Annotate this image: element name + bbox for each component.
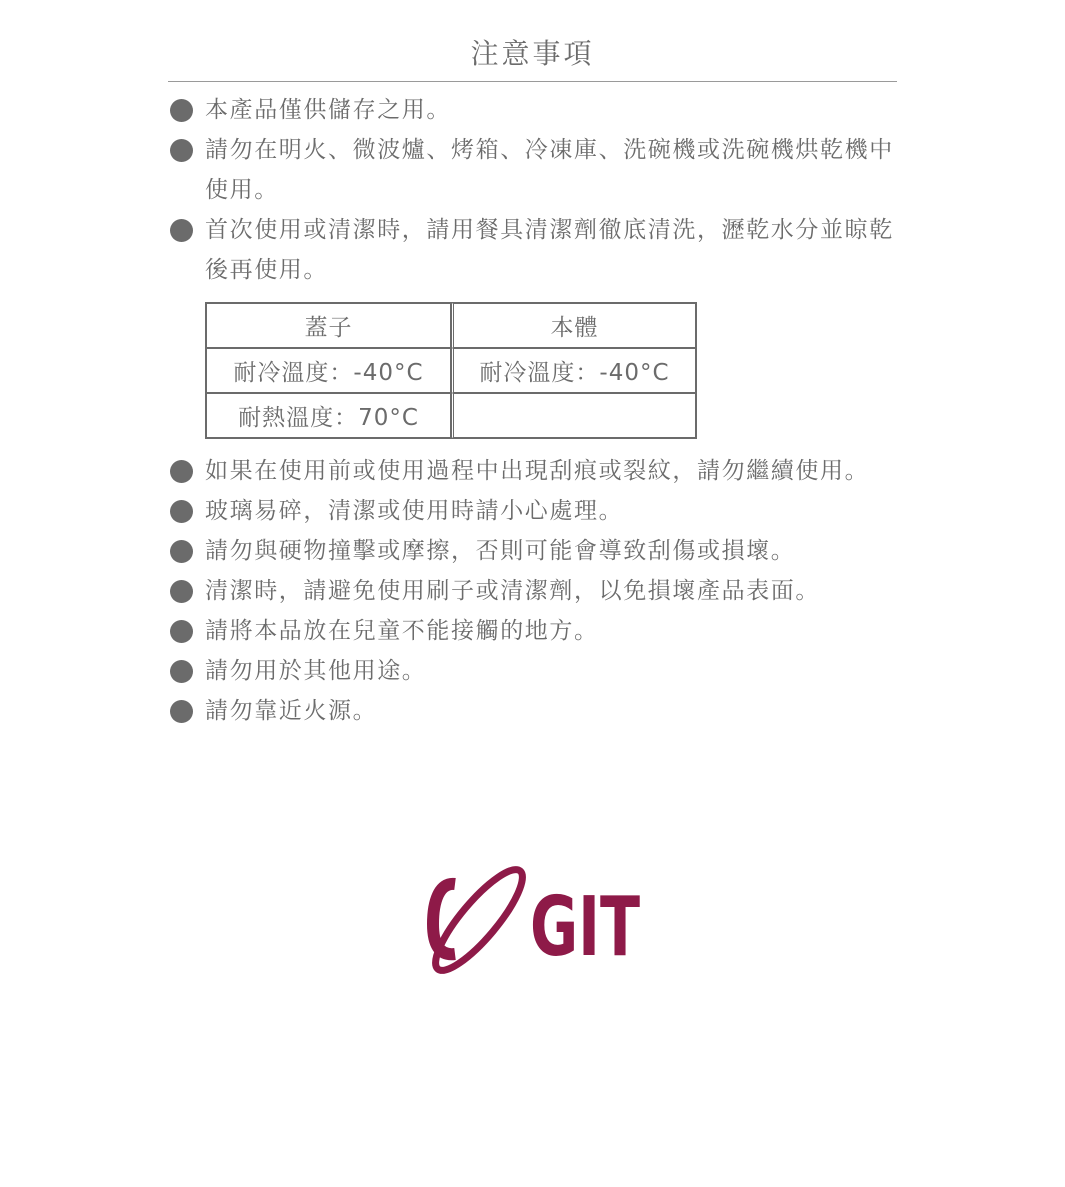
- table-cell: 耐冷溫度：-40°C: [451, 348, 696, 393]
- list-item: 本產品僅供儲存之用。: [168, 90, 897, 130]
- item-text: 如果在使用前或使用過程中出現刮痕或裂紋，請勿繼續使用。: [205, 458, 869, 484]
- table-header-body: 本體: [451, 303, 696, 348]
- item-text: 請將本品放在兒童不能接觸的地方。: [205, 618, 599, 644]
- bullet-icon: [170, 700, 193, 723]
- bullet-icon: [170, 580, 193, 603]
- table-row: 耐熱溫度：70°C: [206, 393, 696, 438]
- table-cell: 耐熱溫度：70°C: [206, 393, 451, 438]
- list-item: 請勿靠近火源。: [168, 691, 897, 731]
- list-item: 請將本品放在兒童不能接觸的地方。: [168, 611, 897, 651]
- list-item: 請勿在明火、微波爐、烤箱、冷凍庫、洗碗機或洗碗機烘乾機中使用。: [168, 130, 897, 210]
- cogit-logo-icon: GIT: [425, 862, 640, 980]
- item-text: 玻璃易碎，清潔或使用時請小心處理。: [205, 498, 623, 524]
- item-text: 首次使用或清潔時，請用餐具清潔劑徹底清洗，瀝乾水分並晾乾後再使用。: [205, 217, 894, 283]
- bullet-icon: [170, 460, 193, 483]
- table-header-lid: 蓋子: [206, 303, 451, 348]
- page-title: 注意事項: [168, 34, 897, 74]
- table-cell: 耐冷溫度：-40°C: [206, 348, 451, 393]
- table-cell: [451, 393, 696, 438]
- list-item: 請勿與硬物撞擊或摩擦，否則可能會導致刮傷或損壞。: [168, 531, 897, 571]
- list-item: 清潔時，請避免使用刷子或清潔劑，以免損壞產品表面。: [168, 571, 897, 611]
- list-item: 首次使用或清潔時，請用餐具清潔劑徹底清洗，瀝乾水分並晾乾後再使用。: [168, 210, 897, 290]
- item-text: 請勿在明火、微波爐、烤箱、冷凍庫、洗碗機或洗碗機烘乾機中使用。: [205, 137, 894, 203]
- item-text: 本產品僅供儲存之用。: [205, 97, 451, 123]
- item-text: 清潔時，請避免使用刷子或清潔劑，以免損壞產品表面。: [205, 578, 820, 604]
- table-header-row: 蓋子 本體: [206, 303, 696, 348]
- list-item: 玻璃易碎，清潔或使用時請小心處理。: [168, 491, 897, 531]
- item-text: 請勿靠近火源。: [205, 698, 377, 724]
- svg-text:GIT: GIT: [530, 880, 640, 975]
- bullet-icon: [170, 500, 193, 523]
- table-row: 耐冷溫度：-40°C 耐冷溫度：-40°C: [206, 348, 696, 393]
- bullet-icon: [170, 620, 193, 643]
- list-item: 如果在使用前或使用過程中出現刮痕或裂紋，請勿繼續使用。: [168, 451, 897, 491]
- item-text: 請勿用於其他用途。: [205, 658, 426, 684]
- temperature-table-container: 蓋子 本體 耐冷溫度：-40°C 耐冷溫度：-40°C 耐熱溫度：70°C: [168, 290, 897, 451]
- bullet-icon: [170, 219, 193, 242]
- item-text: 請勿與硬物撞擊或摩擦，否則可能會導致刮傷或損壞。: [205, 538, 795, 564]
- bullet-icon: [170, 99, 193, 122]
- title-divider: [168, 81, 897, 82]
- cogit-logo: GIT: [425, 862, 640, 980]
- bullet-icon: [170, 660, 193, 683]
- caution-list: 本產品僅供儲存之用。 請勿在明火、微波爐、烤箱、冷凍庫、洗碗機或洗碗機烘乾機中使…: [168, 90, 897, 731]
- temperature-table: 蓋子 本體 耐冷溫度：-40°C 耐冷溫度：-40°C 耐熱溫度：70°C: [205, 302, 697, 439]
- bullet-icon: [170, 540, 193, 563]
- list-item: 請勿用於其他用途。: [168, 651, 897, 691]
- bullet-icon: [170, 139, 193, 162]
